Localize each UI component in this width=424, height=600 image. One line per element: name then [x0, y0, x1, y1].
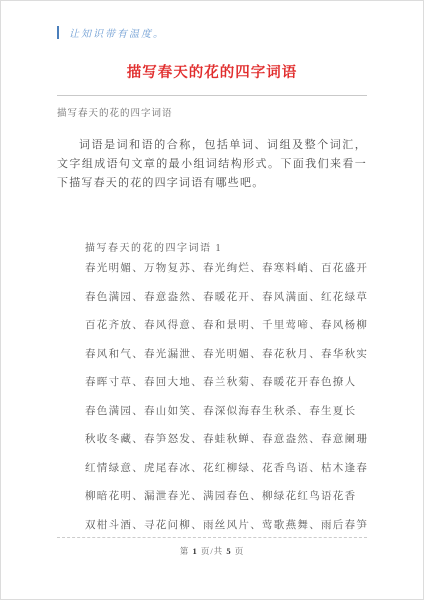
page-footer: 第 1 页/共 5 页 [57, 537, 367, 557]
tagline-text: 让知识带有温度。 [69, 25, 165, 40]
footer-middle: 页/共 [198, 546, 227, 556]
word-line: 秋收冬藏、春笋怒发、春蛙秋蝉、春意盎然、春意阑珊 [85, 434, 367, 445]
word-line: 柳暗花明、漏泄春光、满园春色、柳绿花红鸟语花香 [85, 491, 367, 502]
word-line: 春色满园、春意盎然、春暖花开、春风满面、红花绿草 [85, 292, 367, 303]
word-line: 双柑斗酒、寻花问柳、雨丝风片、莺歌燕舞、雨后春笋 [85, 520, 367, 531]
tagline: 让知识带有温度。 [57, 25, 367, 39]
word-line: 春晖寸草、春回大地、春兰秋菊、春暖花开春色撩人 [85, 377, 367, 388]
intro-paragraph: 词语是词和语的合称，包括单词、词组及整个词汇，文字组成语句文章的最小组词结构形式… [57, 136, 367, 193]
section-heading: 描写春天的花的四字词语 1 [85, 239, 367, 254]
document-page: 让知识带有温度。 描写春天的花的四字词语 描写春天的花的四字词语 词语是词和语的… [0, 0, 424, 600]
word-line: 春风和气、春光漏泄、春光明媚、春花秋月、春华秋实 [85, 349, 367, 360]
tagline-accent-bar [57, 26, 59, 39]
footer-suffix: 页 [232, 546, 245, 556]
word-line: 春光明媚、万物复苏、春光绚烂、春寒料峭、百花盛开 [85, 263, 367, 274]
doc-subtitle: 描写春天的花的四字词语 [57, 105, 367, 119]
page-title: 描写春天的花的四字词语 [57, 61, 367, 82]
word-line: 红情绿意、虎尾春冰、花红柳绿、花香鸟语、枯木逢春 [85, 463, 367, 474]
title-divider [57, 95, 367, 96]
footer-prefix: 第 [180, 546, 193, 556]
word-line: 春色满园、春山如笑、春深似海春生秋杀、春生夏长 [85, 406, 367, 417]
word-line: 百花齐放、春风得意、春和景明、千里莺啼、春风杨柳 [85, 320, 367, 331]
word-list-section: 描写春天的花的四字词语 1 春光明媚、万物复苏、春光绚烂、春寒料峭、百花盛开 春… [85, 239, 367, 531]
